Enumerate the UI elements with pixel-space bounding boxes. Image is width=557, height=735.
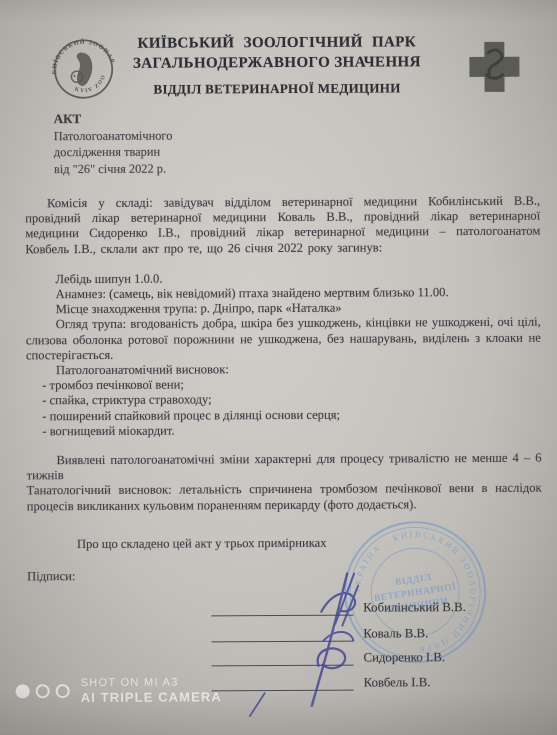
watermark-line2: AI TRIPLE CAMERA xyxy=(81,689,222,705)
signature-line xyxy=(211,600,353,617)
lens-dot-icon xyxy=(36,685,50,699)
act-date: від "26" січня 2022 р. xyxy=(54,160,173,177)
signature-row: Коваль В.В. xyxy=(211,623,551,647)
org-name-line1: КИЇВСЬКИЙ ЗООЛОГІЧНИЙ ПАРК xyxy=(113,34,440,53)
vet-cross-icon xyxy=(466,39,522,95)
camera-watermark: SHOT ON MI A3 AI TRIPLE CAMERA xyxy=(16,676,222,706)
duration-paragraph: Виявлені патологоанатомічні зміни характ… xyxy=(26,451,541,484)
org-header: КИЇВСЬКИЙ ЗООЛОГІЧНИЙ ПАРК ЗАГАЛЬНОДЕРЖА… xyxy=(113,34,440,98)
department-title: ВІДДІЛ ВЕТЕРИНАРНОЇ МЕДИЦИНИ xyxy=(114,80,441,98)
camera-lenses-icon xyxy=(16,684,70,698)
logo-bottom-label: KYIV ZOO xyxy=(71,72,111,98)
signature-row: Сидоренко І.В. xyxy=(211,647,551,671)
act-subtitle-line1: Патологоанатомічного xyxy=(54,127,173,144)
signature-row: Кобилінський В.В. xyxy=(211,597,551,621)
svg-text:KYIV ZOO: KYIV ZOO xyxy=(71,72,111,98)
signature-line xyxy=(211,650,353,667)
commission-paragraph: Комісія у складі: завідувач відділом вет… xyxy=(25,194,540,258)
signer-name: Кобилінський В.В. xyxy=(363,600,466,616)
paper-document: КИЇВСЬКИЙ ЗООПАРК KYIV ZOO КИЇВСЬКИЙ ЗОО… xyxy=(0,0,557,735)
signatures-label: Підписи: xyxy=(27,567,542,585)
conclusion-item-4: - вогнищевий міокардит. xyxy=(26,421,541,439)
finding-examination: Огляд трупа: вгодованість добра, шкіра б… xyxy=(26,315,541,363)
signature-line xyxy=(211,626,353,643)
act-heading: АКТ Патологоанатомічного дослідження тва… xyxy=(54,111,173,178)
act-title: АКТ xyxy=(54,111,173,128)
lens-dot-icon xyxy=(16,685,30,699)
signature-line xyxy=(212,675,354,692)
zoo-logo-icon: КИЇВСЬКИЙ ЗООПАРК KYIV ZOO xyxy=(48,31,118,107)
act-subtitle-line2: дослідження тварин xyxy=(54,144,173,161)
signer-name: Сидоренко І.В. xyxy=(363,650,445,665)
document-photo: КИЇВСЬКИЙ ЗООПАРК KYIV ZOO КИЇВСЬКИЙ ЗОО… xyxy=(0,0,557,735)
thanatological-paragraph: Танатологічний висновок: летальність спр… xyxy=(27,481,542,514)
closing-statement: Про що складено цей акт у трьох примірни… xyxy=(27,534,542,552)
signature-row: Ковбель І.В. xyxy=(212,672,552,696)
signer-name: Коваль В.В. xyxy=(363,626,428,641)
lens-dot-icon xyxy=(56,684,70,698)
org-name-line2: ЗАГАЛЬНОДЕРЖАВНОГО ЗНАЧЕННЯ xyxy=(113,54,440,73)
watermark-line1: SHOT ON MI A3 xyxy=(81,676,222,690)
document-body: Комісія у складі: завідувач відділом вет… xyxy=(25,194,542,585)
signer-name: Ковбель І.В. xyxy=(364,675,431,690)
